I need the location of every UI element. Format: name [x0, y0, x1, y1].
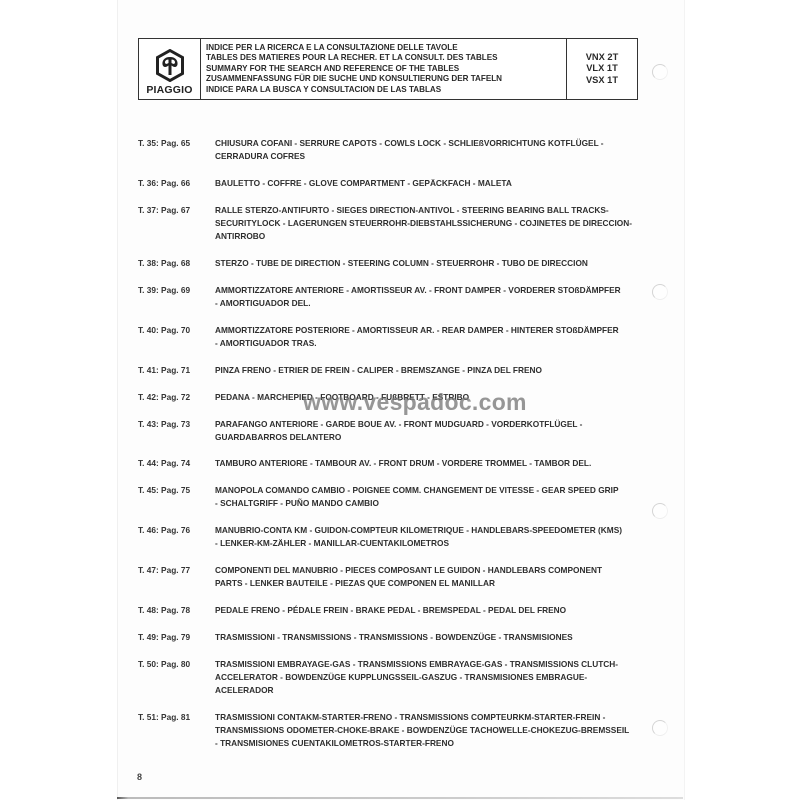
entry-reference: T. 44: Pag. 74 — [138, 457, 215, 470]
description-line: - AMORTIGUADOR TRAS. — [215, 337, 645, 350]
entry-description: CHIUSURA COFANI - SERRURE CAPOTS - COWLS… — [215, 137, 645, 163]
description-line: AMMORTIZZATORE POSTERIORE - AMORTISSEUR … — [215, 324, 645, 337]
description-line: ANTIRROBO — [215, 230, 645, 243]
description-line: CERRADURA COFRES — [215, 150, 645, 163]
description-line: - SCHALTGRIFF - PUÑO MANDO CAMBIO — [215, 497, 645, 510]
entry-description: PINZA FRENO - ETRIER DE FREIN - CALIPER … — [215, 364, 645, 377]
description-line: COMPONENTI DEL MANUBRIO - PIECES COMPOSA… — [215, 564, 645, 577]
description-line: CHIUSURA COFANI - SERRURE CAPOTS - COWLS… — [215, 137, 645, 150]
entry-reference: T. 38: Pag. 68 — [138, 257, 215, 270]
entry-description: MANUBRIO-CONTA KM - GUIDON-COMPTEUR KILO… — [215, 524, 645, 550]
entry-description: COMPONENTI DEL MANUBRIO - PIECES COMPOSA… — [215, 564, 645, 590]
entry-description: AMMORTIZZATORE ANTERIORE - AMORTISSEUR A… — [215, 284, 645, 310]
title-line-it: INDICE PER LA RICERCA E LA CONSULTAZIONE… — [206, 43, 561, 54]
entry-description: STERZO - TUBE DE DIRECTION - STEERING CO… — [215, 257, 645, 270]
piaggio-logo: PIAGGIO — [139, 39, 201, 99]
description-line: TRASMISSIONI - TRANSMISSIONS - TRANSMISS… — [215, 631, 645, 644]
scan-edge — [117, 797, 683, 799]
entry-reference: T. 49: Pag. 79 — [138, 631, 215, 644]
description-line: TAMBURO ANTERIORE - TAMBOUR AV. - FRONT … — [215, 457, 645, 470]
punch-hole-icon — [652, 64, 668, 80]
entry-description: PEDALE FRENO - PÉDALE FREIN - BRAKE PEDA… — [215, 604, 645, 617]
description-line: SECURITYLOCK - LAGERUNGEN STEUERROHR-DIE… — [215, 217, 645, 230]
title-line-de: ZUSAMMENFASSUNG FÜR DIE SUCHE UND KONSUL… — [206, 74, 561, 85]
description-line: RALLE STERZO-ANTIFURTO - SIEGES DIRECTIO… — [215, 204, 645, 217]
index-entry: T. 37: Pag. 67RALLE STERZO-ANTIFURTO - S… — [138, 204, 648, 243]
entry-description: PARAFANGO ANTERIORE - GARDE BOUE AV. - F… — [215, 418, 645, 444]
index-entry: T. 39: Pag. 69AMMORTIZZATORE ANTERIORE -… — [138, 284, 648, 310]
entry-description: RALLE STERZO-ANTIFURTO - SIEGES DIRECTIO… — [215, 204, 645, 243]
title-line-fr: TABLES DES MATIERES POUR LA RECHER. ET L… — [206, 53, 561, 64]
model-vlx: VLX 1T — [586, 63, 618, 75]
description-line: GUARDABARROS DELANTERO — [215, 431, 645, 444]
description-line: TRASMISSIONI CONTAKM-STARTER-FRENO - TRA… — [215, 711, 645, 724]
entry-reference: T. 43: Pag. 73 — [138, 418, 215, 444]
entry-reference: T. 39: Pag. 69 — [138, 284, 215, 310]
index-entry: T. 40: Pag. 70AMMORTIZZATORE POSTERIORE … — [138, 324, 648, 350]
entry-description: TRASMISSIONI - TRANSMISSIONS - TRANSMISS… — [215, 631, 645, 644]
index-entry: T. 46: Pag. 76MANUBRIO-CONTA KM - GUIDON… — [138, 524, 648, 550]
entry-reference: T. 45: Pag. 75 — [138, 484, 215, 510]
index-entry: T. 38: Pag. 68STERZO - TUBE DE DIRECTION… — [138, 257, 648, 270]
description-line: AMMORTIZZATORE ANTERIORE - AMORTISSEUR A… — [215, 284, 645, 297]
index-entry: T. 50: Pag. 80TRASMISSIONI EMBRAYAGE-GAS… — [138, 658, 648, 697]
index-header: PIAGGIO INDICE PER LA RICERCA E LA CONSU… — [138, 38, 638, 100]
description-line: TRASMISSIONI EMBRAYAGE-GAS - TRANSMISSIO… — [215, 658, 645, 671]
entry-reference: T. 42: Pag. 72 — [138, 391, 215, 404]
entry-reference: T. 40: Pag. 70 — [138, 324, 215, 350]
entry-description: TRASMISSIONI EMBRAYAGE-GAS - TRANSMISSIO… — [215, 658, 645, 697]
entry-description: TRASMISSIONI CONTAKM-STARTER-FRENO - TRA… — [215, 711, 645, 750]
index-entry: T. 48: Pag. 78PEDALE FRENO - PÉDALE FREI… — [138, 604, 648, 617]
description-line: MANUBRIO-CONTA KM - GUIDON-COMPTEUR KILO… — [215, 524, 645, 537]
entry-reference: T. 41: Pag. 71 — [138, 364, 215, 377]
entry-reference: T. 46: Pag. 76 — [138, 524, 215, 550]
description-line: PARTS - LENKER BAUTEILE - PIEZAS QUE COM… — [215, 577, 645, 590]
punch-hole-icon — [652, 503, 668, 519]
entry-reference: T. 51: Pag. 81 — [138, 711, 215, 750]
index-entry: T. 49: Pag. 79TRASMISSIONI - TRANSMISSIO… — [138, 631, 648, 644]
model-vsx: VSX 1T — [586, 75, 618, 87]
index-entry: T. 35: Pag. 65CHIUSURA COFANI - SERRURE … — [138, 137, 648, 163]
title-line-es: INDICE PARA LA BUSCA Y CONSULTACION DE L… — [206, 85, 561, 96]
index-entry: T. 45: Pag. 75MANOPOLA COMANDO CAMBIO - … — [138, 484, 648, 510]
punch-hole-icon — [652, 720, 668, 736]
entry-reference: T. 50: Pag. 80 — [138, 658, 215, 697]
description-line: - AMORTIGUADOR DEL. — [215, 297, 645, 310]
description-line: PEDALE FRENO - PÉDALE FREIN - BRAKE PEDA… — [215, 604, 645, 617]
entry-reference: T. 36: Pag. 66 — [138, 177, 215, 190]
description-line: ACELERADOR — [215, 684, 645, 697]
logo-text: PIAGGIO — [146, 84, 192, 96]
description-line: STERZO - TUBE DE DIRECTION - STEERING CO… — [215, 257, 645, 270]
description-line: - TRANSMISIONES CUENTAKILOMETROS-STARTER… — [215, 737, 645, 750]
entry-description: BAULETTO - COFFRE - GLOVE COMPARTMENT - … — [215, 177, 645, 190]
model-vnx: VNX 2T — [586, 52, 619, 64]
description-line: PINZA FRENO - ETRIER DE FREIN - CALIPER … — [215, 364, 645, 377]
entry-description: MANOPOLA COMANDO CAMBIO - POIGNEE COMM. … — [215, 484, 645, 510]
page-number: 8 — [137, 772, 142, 782]
description-line: PARAFANGO ANTERIORE - GARDE BOUE AV. - F… — [215, 418, 645, 431]
entry-reference: T. 48: Pag. 78 — [138, 604, 215, 617]
description-line: ACCELERATOR - BOWDENZÜGE KUPPLUNGSSEIL-G… — [215, 671, 645, 684]
index-title: INDICE PER LA RICERCA E LA CONSULTAZIONE… — [201, 39, 567, 99]
index-entry: T. 51: Pag. 81TRASMISSIONI CONTAKM-START… — [138, 711, 648, 750]
index-entry: T. 44: Pag. 74TAMBURO ANTERIORE - TAMBOU… — [138, 457, 648, 470]
entry-reference: T. 37: Pag. 67 — [138, 204, 215, 243]
punch-hole-icon — [652, 284, 668, 300]
entry-description: TAMBURO ANTERIORE - TAMBOUR AV. - FRONT … — [215, 457, 645, 470]
entry-reference: T. 35: Pag. 65 — [138, 137, 215, 163]
piaggio-hexagon-icon — [155, 49, 185, 82]
description-line: - LENKER-KM-ZÄHLER - MANILLAR-CUENTAKILO… — [215, 537, 645, 550]
index-entry: T. 36: Pag. 66BAULETTO - COFFRE - GLOVE … — [138, 177, 648, 190]
entry-reference: T. 47: Pag. 77 — [138, 564, 215, 590]
model-list: VNX 2T VLX 1T VSX 1T — [567, 39, 637, 99]
index-entry: T. 43: Pag. 73PARAFANGO ANTERIORE - GARD… — [138, 418, 648, 444]
description-line: MANOPOLA COMANDO CAMBIO - POIGNEE COMM. … — [215, 484, 645, 497]
description-line: TRANSMISSIONS ODOMETER-CHOKE-BRAKE - BOW… — [215, 724, 645, 737]
title-line-en: SUMMARY FOR THE SEARCH AND REFERENCE OF … — [206, 64, 561, 75]
index-entry: T. 47: Pag. 77COMPONENTI DEL MANUBRIO - … — [138, 564, 648, 590]
entry-description: AMMORTIZZATORE POSTERIORE - AMORTISSEUR … — [215, 324, 645, 350]
watermark: www.vespadoc.com — [303, 389, 527, 416]
index-entry: T. 41: Pag. 71PINZA FRENO - ETRIER DE FR… — [138, 364, 648, 377]
description-line: BAULETTO - COFFRE - GLOVE COMPARTMENT - … — [215, 177, 645, 190]
